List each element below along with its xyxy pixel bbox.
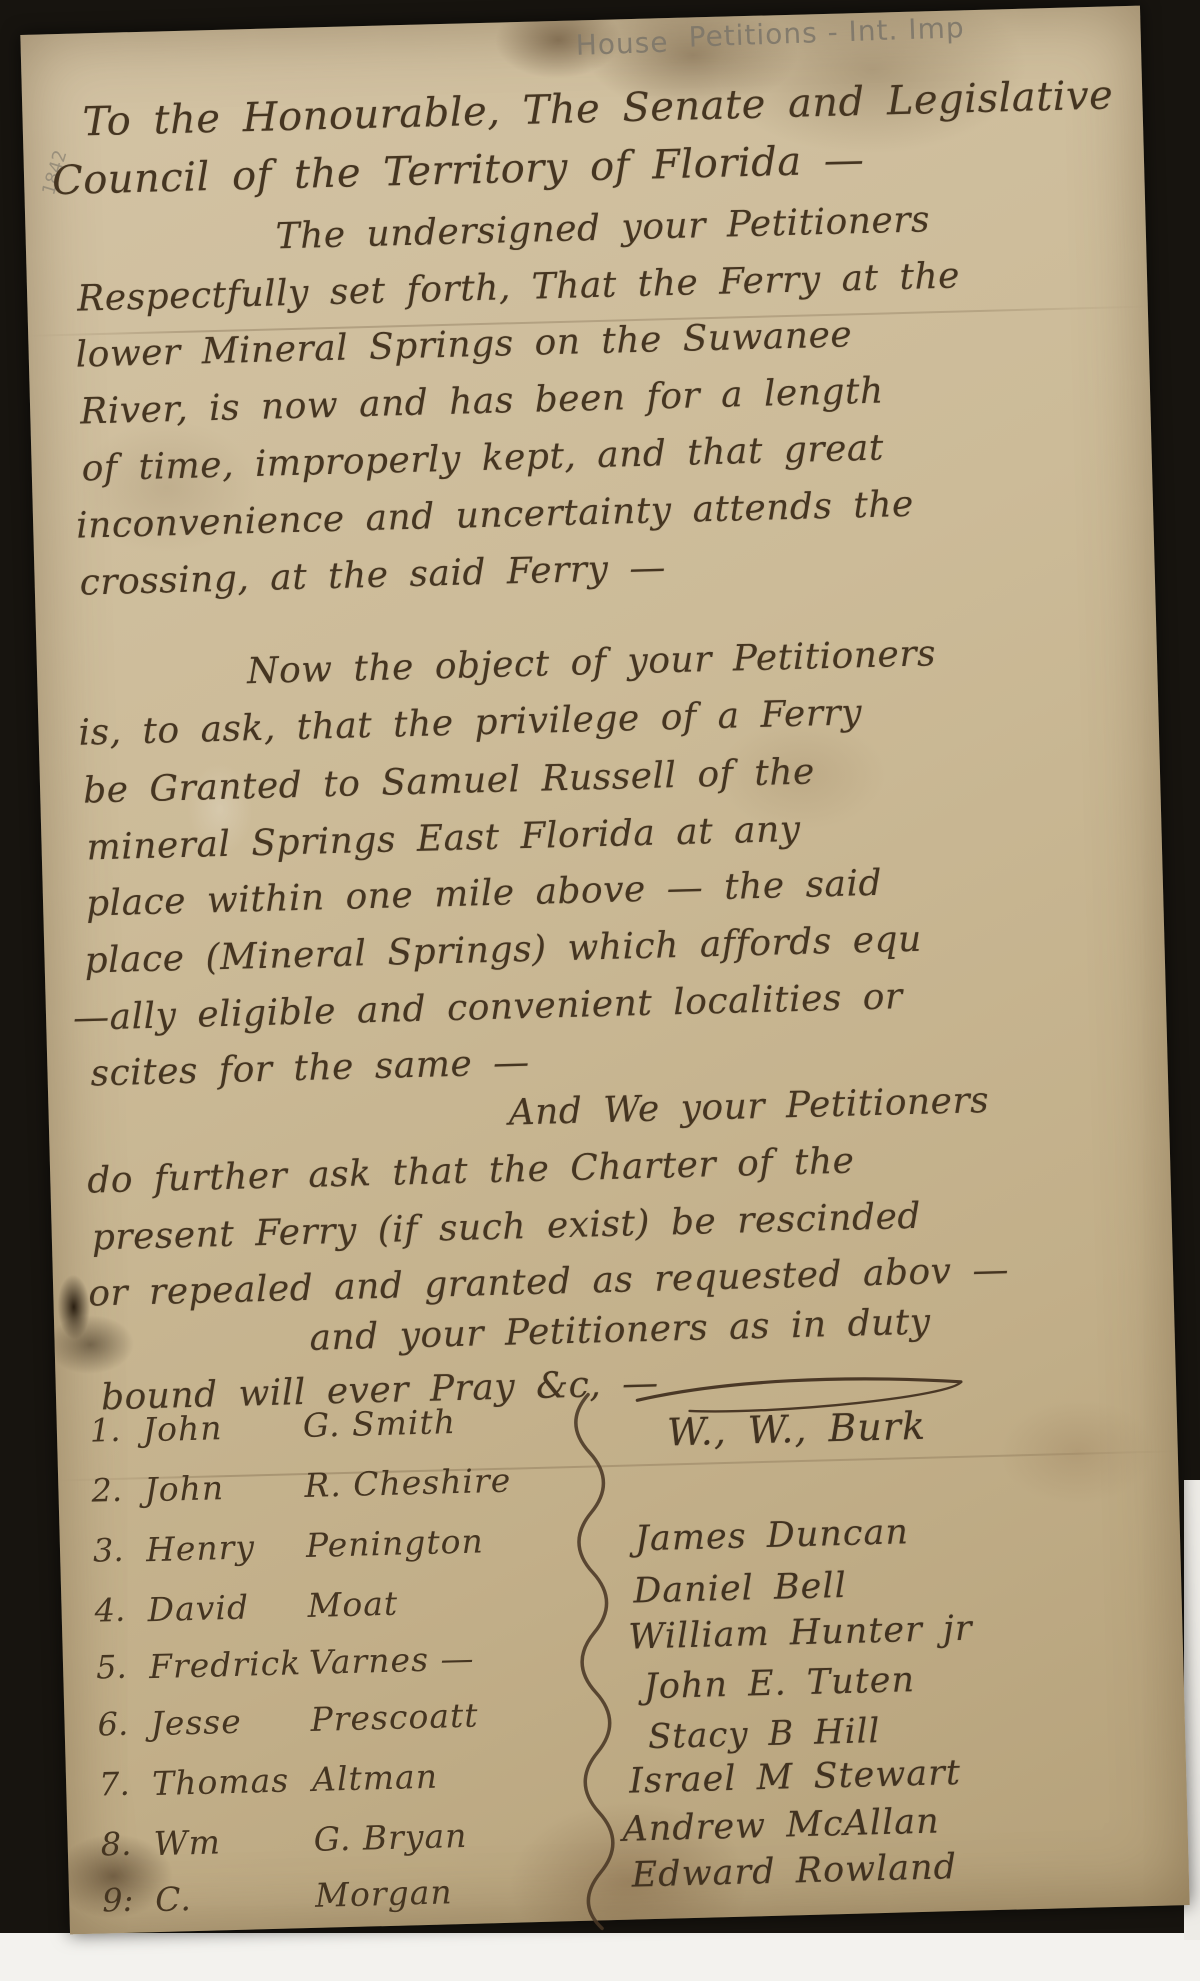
signer-number: 5.: [96, 1648, 128, 1687]
signer-number: 7.: [99, 1765, 131, 1804]
scanned-document-view: { "annotations": { "archival_left": "Hou…: [0, 0, 1200, 1981]
petition-line: inconvenience and uncertainty attends th…: [76, 484, 915, 547]
signer-first-name: Wm: [153, 1822, 221, 1863]
signature-row: 1. John G. Smith: [56, 1400, 527, 1464]
petition-line: is, to ask, that the privilege of a Ferr…: [78, 692, 862, 754]
signer-first-name: John: [142, 1408, 223, 1449]
signer-number: 2.: [91, 1471, 123, 1510]
signature-name: W., W., Burk: [667, 1404, 927, 1455]
signature-name: William Hunter jr: [628, 1609, 973, 1658]
petition-line: Respectfully set forth, That the Ferry a…: [77, 255, 961, 319]
petition-line: present Ferry (if such exist) be rescind…: [91, 1196, 921, 1259]
signer-last-name: Penington: [305, 1521, 484, 1565]
signature-name: Daniel Bell: [633, 1566, 848, 1612]
signer-first-name: Henry: [146, 1527, 256, 1569]
signature-row: 9: C. Morgan: [69, 1870, 540, 1934]
signature-row: 8. Wm G. Bryan: [67, 1814, 538, 1878]
signature-row: 7. Thomas Altman: [66, 1754, 537, 1818]
signer-last-name: Morgan: [315, 1872, 453, 1915]
petition-line: scites for the same —: [90, 1042, 530, 1094]
signer-number: 1.: [89, 1411, 121, 1450]
signature-row: 3. Henry Penington: [60, 1520, 531, 1584]
petition-line: be Granted to Samuel Russell of the: [83, 751, 816, 811]
petition-line: place (Mineral Springs) which affords eq…: [84, 919, 922, 982]
petition-line: lower Mineral Springs on the Suwanee: [75, 314, 852, 375]
signer-last-name: Prescoatt: [310, 1696, 479, 1739]
signature-brace-squiggle: [554, 1392, 632, 1933]
signer-last-name: Varnes —: [309, 1639, 475, 1682]
petition-line: mineral Springs East Florida at any: [86, 809, 801, 869]
signature-name: Edward Rowland: [631, 1847, 957, 1896]
signer-number: 8.: [100, 1825, 132, 1864]
signature-row: 4. David Moat: [61, 1580, 532, 1644]
signer-last-name: G. Bryan: [313, 1816, 468, 1859]
petition-line: place within one mile above — the said: [86, 863, 883, 925]
signature-name: James Duncan: [634, 1512, 909, 1559]
document-page: House Petitions - Int. Imp 1842 To the H…: [20, 6, 1189, 1935]
petition-line: and your Petitioners as in duty: [309, 1302, 931, 1359]
signer-number: 4.: [94, 1591, 126, 1630]
petition-line: of time, improperly kept, and that great: [81, 428, 884, 490]
signer-first-name: Jesse: [150, 1702, 242, 1743]
archival-annotation-petitions: Petitions - Int. Imp: [688, 11, 965, 54]
signature-row: 6. Jesse Prescoatt: [64, 1694, 535, 1758]
signer-first-name: Thomas: [152, 1761, 290, 1804]
petition-line: To the Honourable, The Senate and Legisl…: [82, 72, 1114, 145]
petition-line: —ally eligible and convenient localities…: [73, 976, 904, 1039]
signature-row: 5. Fredrick Varnes —: [63, 1637, 534, 1701]
signature-row: 2. John R. Cheshire: [58, 1460, 529, 1524]
petition-line: River, is now and has been for a length: [80, 371, 885, 433]
petition-line: do further ask that the Charter of the: [87, 1141, 855, 1202]
scanner-bed-strip: [0, 1933, 1200, 1981]
petition-line: crossing, at the said Ferry —: [79, 547, 666, 603]
signer-last-name: Altman: [312, 1757, 439, 1799]
petition-line: The undersigned your Petitioners: [275, 199, 930, 257]
signer-number: 6.: [97, 1705, 129, 1744]
signer-first-name: C.: [155, 1879, 193, 1919]
signer-first-name: Fredrick: [149, 1643, 302, 1686]
signature-name: John E. Tuten: [643, 1660, 915, 1707]
petition-line: And We your Petitioners: [508, 1080, 989, 1134]
petition-line: Council of the Territory of Florida —: [52, 137, 865, 204]
signer-number: 3.: [93, 1531, 125, 1570]
signer-first-name: David: [147, 1588, 249, 1630]
signer-number: 9:: [102, 1881, 134, 1920]
signer-last-name: R. Cheshire: [304, 1461, 512, 1505]
signer-last-name: G. Smith: [302, 1402, 456, 1445]
signer-first-name: John: [144, 1468, 225, 1509]
signature-name: Andrew McAllan: [622, 1802, 940, 1850]
petition-line: Now the object of your Petitioners: [247, 633, 937, 692]
signature-name: Israel M Stewart: [629, 1753, 962, 1802]
signature-name: Stacy B Hill: [648, 1711, 881, 1757]
archival-annotation-house: House: [575, 26, 669, 62]
signer-last-name: Moat: [307, 1584, 399, 1625]
